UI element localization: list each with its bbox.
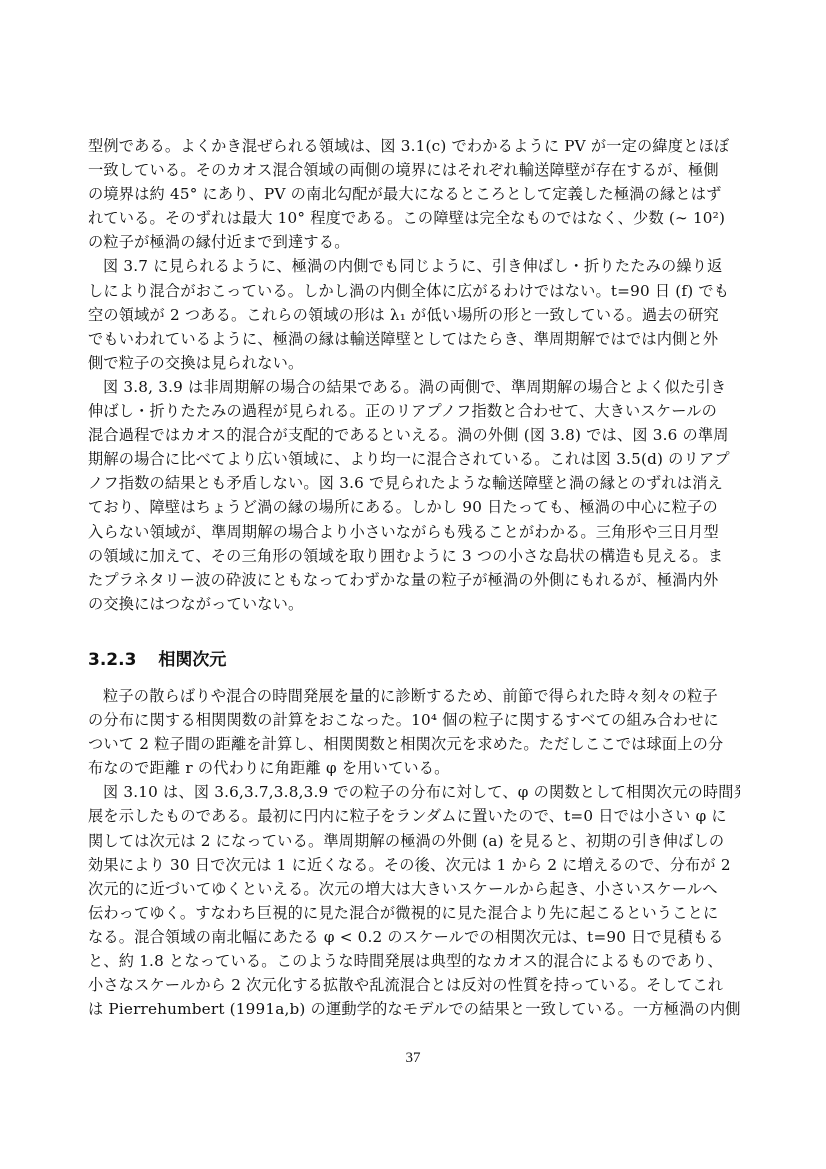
text-line: 図 3.10 は、図 3.6,3.7,3.8,3.9 での粒子の分布に対して、φ…	[88, 780, 740, 804]
paragraph-5: 図 3.10 は、図 3.6,3.7,3.8,3.9 での粒子の分布に対して、φ…	[88, 780, 740, 1021]
text-line: ており、障壁はちょうど渦の縁の場所にある。しかし 90 日たっても、極渦の中心に…	[88, 495, 740, 519]
text-line: 期解の場合に比べてより広い領域に、より均一に混合されている。これは図 3.5(d…	[88, 447, 740, 471]
paragraph-4: 粒子の散らばりや混合の時間発展を量的に診断するため、前節で得られた時々刻々の粒子…	[88, 684, 740, 780]
section-title: 相関次元	[158, 650, 226, 670]
text-line: しにより混合がおこっている。しかし渦の内側全体に広がるわけではない。t=90 日…	[88, 279, 740, 303]
paragraph-1: 型例である。よくかき混ぜられる領域は、図 3.1(c) でわかるように PV が…	[88, 134, 740, 254]
text-line: 空の領域が 2 つある。これらの領域の形は λ₁ が低い場所の形と一致している。…	[88, 303, 740, 327]
text-line: 粒子の散らばりや混合の時間発展を量的に診断するため、前節で得られた時々刻々の粒子	[88, 684, 740, 708]
text-line: れている。そのずれは最大 10° 程度である。この障壁は完全なものではなく、少数…	[88, 206, 740, 230]
text-line: たプラネタリー波の砕波にともなってわずかな量の粒子が極渦の外側にもれるが、極渦内…	[88, 568, 740, 592]
text-line: と、約 1.8 となっている。このような時間発展は典型的なカオス的混合によるもの…	[88, 949, 740, 973]
text-line: 入らない領域が、準周期解の場合より小さいながらも残ることがわかる。三角形や三日月…	[88, 520, 740, 544]
text-line: 図 3.8, 3.9 は非周期解の場合の結果である。渦の両側で、準周期解の場合と…	[88, 375, 740, 399]
text-line: 布なので距離 r の代わりに角距離 φ を用いている。	[88, 756, 740, 780]
body-text-section: 粒子の散らばりや混合の時間発展を量的に診断するため、前節で得られた時々刻々の粒子…	[88, 684, 740, 1021]
text-line: 小さなスケールから 2 次元化する拡散や乱流混合とは反対の性質を持っている。そし…	[88, 973, 740, 997]
text-line: 混合過程ではカオス的混合が支配的であるといえる。渦の外側 (図 3.8) では、…	[88, 423, 740, 447]
paragraph-2: 図 3.7 に見られるように、極渦の内側でも同じように、引き伸ばし・折りたたみの…	[88, 254, 740, 374]
text-line: の交換にはつながっていない。	[88, 592, 740, 616]
text-line: 関しては次元は 2 になっている。準周期解の極渦の外側 (a) を見ると、初期の…	[88, 829, 740, 853]
text-line: 伸ばし・折りたたみの過程が見られる。正のリアプノフ指数と合わせて、大きいスケール…	[88, 399, 740, 423]
paragraph-3: 図 3.8, 3.9 は非周期解の場合の結果である。渦の両側で、準周期解の場合と…	[88, 375, 740, 616]
page-number: 37	[0, 1050, 826, 1067]
text-line: 側で粒子の交換は見られない。	[88, 351, 740, 375]
section-number: 3.2.3	[88, 650, 136, 670]
body-text-top: 型例である。よくかき混ぜられる領域は、図 3.1(c) でわかるように PV が…	[88, 134, 740, 616]
text-line: の粒子が極渦の縁付近まで到達する。	[88, 230, 740, 254]
text-line: 伝わってゆく。すなわち巨視的に見た混合が微視的に見た混合より先に起こるということ…	[88, 901, 740, 925]
text-line: 型例である。よくかき混ぜられる領域は、図 3.1(c) でわかるように PV が…	[88, 134, 740, 158]
text-line: 展を示したものである。最初に円内に粒子をランダムに置いたので、t=0 日では小さ…	[88, 804, 740, 828]
text-line: は Pierrehumbert (1991a,b) の運動学的なモデルでの結果と…	[88, 997, 740, 1021]
text-line: の境界は約 45° にあり、PV の南北勾配が最大になるところとして定義した極渦…	[88, 182, 740, 206]
text-line: の分布に関する相関関数の計算をおこなった。10⁴ 個の粒子に関するすべての組み合…	[88, 708, 740, 732]
text-line: でもいわれているように、極渦の縁は輸送障壁としてはたらき、準周期解ではでは内側と…	[88, 327, 740, 351]
text-line: 効果により 30 日で次元は 1 に近くなる。その後、次元は 1 から 2 に増…	[88, 853, 740, 877]
text-line: なる。混合領域の南北幅にあたる φ < 0.2 のスケールでの相関次元は、t=9…	[88, 925, 740, 949]
text-line: 次元的に近づいてゆくといえる。次元の増大は大きいスケールから起き、小さいスケール…	[88, 877, 740, 901]
text-line: 一致している。そのカオス混合領域の両側の境界にはそれぞれ輸送障壁が存在するが、極…	[88, 158, 740, 182]
text-line: ノフ指数の結果とも矛盾しない。図 3.6 で見られたような輸送障壁と渦の縁とのず…	[88, 471, 740, 495]
text-line: ついて 2 粒子間の距離を計算し、相関関数と相関次元を求めた。ただしここでは球面…	[88, 732, 740, 756]
text-line: 図 3.7 に見られるように、極渦の内側でも同じように、引き伸ばし・折りたたみの…	[88, 254, 740, 278]
text-line: の領域に加えて、その三角形の領域を取り囲むように 3 つの小さな島状の構造も見え…	[88, 544, 740, 568]
section-heading: 3.2.3相関次元	[88, 645, 226, 670]
